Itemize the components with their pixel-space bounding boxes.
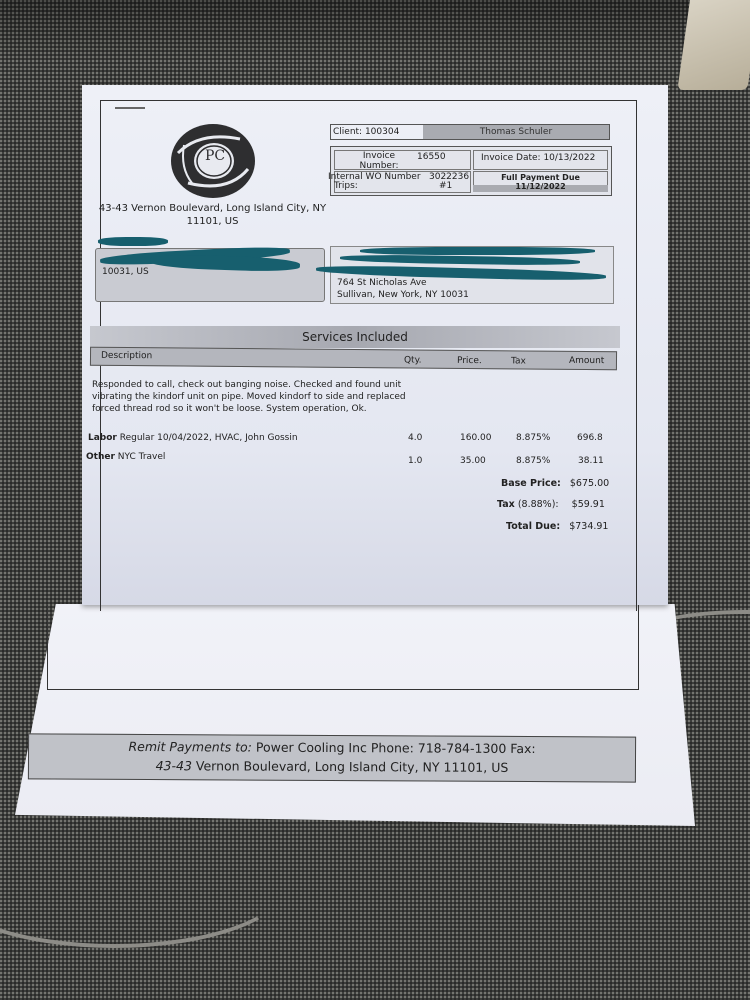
total-due-row: Total Due: $734.91 [506, 521, 608, 532]
invoice-number: 16550 [417, 152, 446, 162]
total-due-value: $734.91 [569, 521, 608, 532]
line-price: 160.00 [460, 433, 492, 443]
tax-row: Tax (8.88%): $59.91 [497, 499, 605, 510]
company-address: 43-43 Vernon Boulevard, Long Island City… [90, 202, 335, 228]
redaction-mark [360, 247, 595, 255]
line-item-labor: Labor Regular 10/04/2022, HVAC, John Gos… [88, 433, 618, 445]
col-description: Description [101, 351, 152, 361]
client-box: Client: 100304 Thomas Schuler [330, 124, 610, 140]
col-qty: Qty. [404, 355, 422, 365]
line-amount: 38.11 [578, 456, 604, 466]
tax-rate: (8.88%): [518, 499, 559, 510]
col-price: Price. [457, 356, 482, 366]
company-logo-icon: PC [170, 123, 256, 199]
redaction-mark [98, 237, 168, 246]
base-price-label: Base Price: [501, 478, 561, 489]
company-address-line1: 43-43 Vernon Boulevard, Long Island City… [90, 202, 335, 215]
line-qty: 1.0 [408, 456, 422, 466]
line-detail: Regular 10/04/2022, HVAC, John Gossin [120, 433, 298, 443]
col-amount: Amount [569, 356, 604, 366]
remit-line2: 43-43 Vernon Boulevard, Long Island City… [29, 755, 635, 777]
ship-to-city: Sullivan, New York, NY 10031 [337, 290, 469, 300]
invoice-number-label: Invoice Number: [349, 151, 409, 171]
background-shadow [0, 0, 750, 60]
cable [0, 820, 288, 948]
book-corner [677, 0, 750, 90]
col-tax: Tax [511, 356, 526, 366]
line-category: Labor Regular 10/04/2022, HVAC, John Gos… [88, 433, 298, 443]
line-amount: 696.8 [577, 433, 603, 443]
trips-label: Trips: [334, 181, 358, 191]
line-category: Other NYC Travel [86, 452, 165, 462]
bill-to-line: 10031, US [102, 267, 149, 277]
company-address-line2: 11101, US [90, 215, 335, 228]
trips-value: #1 [439, 181, 452, 191]
due-date: 11/12/2022 [473, 182, 608, 192]
total-due-label: Total Due: [506, 521, 560, 532]
base-price-value: $675.00 [570, 478, 609, 489]
line-detail: NYC Travel [118, 452, 166, 462]
client-name: Thomas Schuler [423, 125, 609, 139]
invoice-info-box: Invoice Number: 16550 Invoice Date: 10/1… [330, 146, 612, 196]
base-price-row: Base Price: $675.00 [501, 478, 609, 489]
line-tax: 8.875% [516, 433, 550, 443]
invoice-date: Invoice Date: 10/13/2022 [481, 153, 595, 163]
line-price: 35.00 [460, 456, 486, 466]
ship-to-street: 764 St Nicholas Ave [337, 278, 427, 288]
service-description: Responded to call, check out banging noi… [92, 379, 412, 415]
line-qty: 4.0 [408, 433, 422, 443]
line-tax: 8.875% [516, 456, 550, 466]
page-frame-lower [47, 605, 639, 690]
services-title: Services Included [90, 326, 620, 348]
tax-value: $59.91 [572, 499, 605, 510]
remit-payment-banner: Remit Payments to: Power Cooling Inc Pho… [28, 733, 636, 782]
client-id: Client: 100304 [331, 125, 423, 139]
line-item-other: Other NYC Travel 1.0 35.00 8.875% 38.11 [88, 452, 618, 464]
svg-text:PC: PC [205, 148, 225, 164]
tax-label: Tax [497, 499, 515, 510]
corner-mark [115, 107, 145, 109]
